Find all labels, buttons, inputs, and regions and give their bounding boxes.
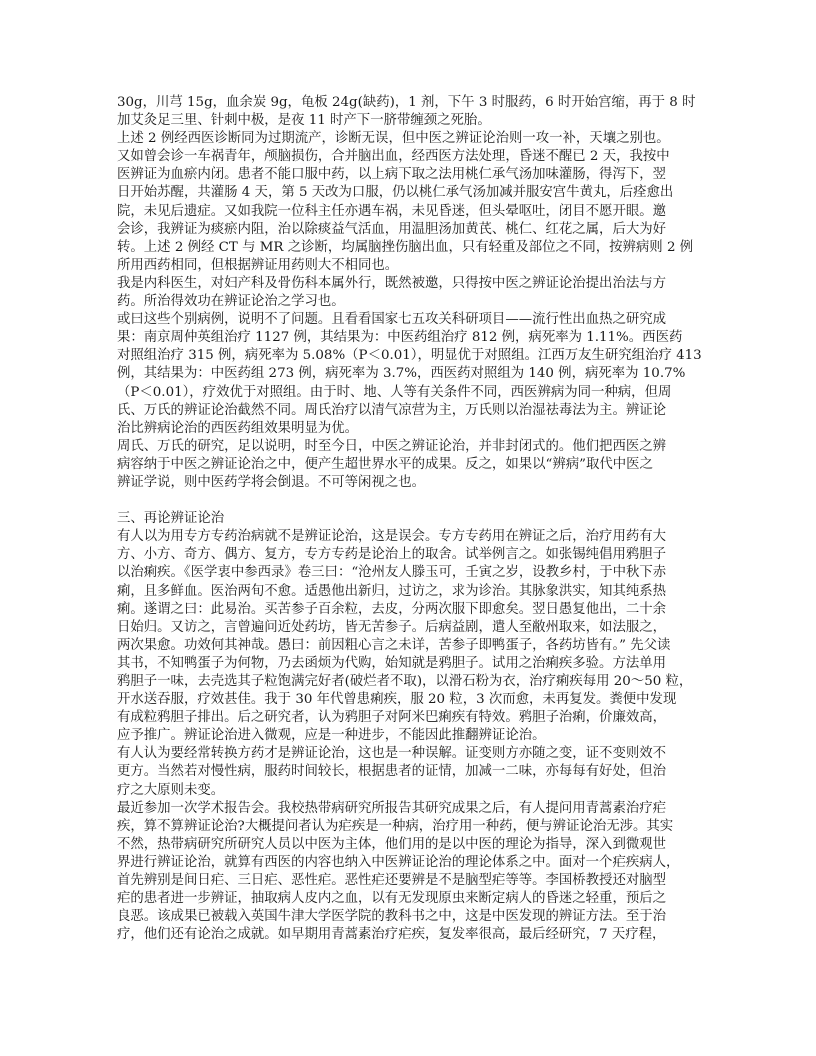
text-line: 开水送吞服，疗效甚佳。我于 30 年代曾患痢疾，服 20 粒，3 次而愈，未再复… bbox=[117, 691, 707, 709]
text-line: 疗之大原则未变。 bbox=[117, 782, 707, 800]
text-line: 病容纳于中医之辨证论治之中，便产生超世界水平的成果。反之，如果以“辨病”取代中医… bbox=[117, 456, 707, 474]
text-line: 疾，算不算辨证论治?大概提问者认为疟疾是一种病，治疗用一种药，便与辨证论治无涉。… bbox=[117, 818, 707, 836]
text-line: 以治痢疾。《医学衷中参西录》卷三曰：“沧州友人滕玉可，壬寅之岁，设教乡村，于中秋… bbox=[117, 564, 707, 582]
text-line: 界进行辨证论治，就算有西医的内容也纳入中医辨证论治的理论体系之中。面对一个疟疾病… bbox=[117, 854, 707, 872]
body-text-after-heading: 有人以为用专方专药治病就不是辨证论治，这是误会。专方专药用在辨证之后，治疗用药有… bbox=[117, 528, 707, 944]
text-line: （P＜0.01），疗效优于对照组。由于时、地、人等有关条件不同，西医辨病为同一种… bbox=[117, 384, 707, 402]
paragraph: 有人以为用专方专药治病就不是辨证论治，这是误会。专方专药用在辨证之后，治疗用药有… bbox=[117, 528, 707, 745]
text-line: 两次果愈。功效何其神哉。愚曰：前因粗心言之未详，苦参子即鸭蛋子，各药坊皆有。” … bbox=[117, 637, 707, 655]
paragraph: 或曰这些个别病例，说明不了问题。且看看国家七五攻关科研项目——流行性出血热之研究… bbox=[117, 311, 707, 438]
text-line: 有人认为要经常转换方药才是辨证论治，这也是一种误解。证变则方亦随之变，证不变则效… bbox=[117, 745, 707, 763]
paragraph: 30g，川芎 15g，血余炭 9g，龟板 24g(缺药)，1 剂，下午 3 时服… bbox=[117, 94, 707, 130]
text-line: 鸦胆子一味，去壳选其子粒饱满完好者(破烂者不取)，以滑石粉为衣，治疗痢疾每用 2… bbox=[117, 673, 707, 691]
text-line: 有人以为用专方专药治病就不是辨证论治，这是误会。专方专药用在辨证之后，治疗用药有… bbox=[117, 528, 707, 546]
text-line: 对照组治疗 315 例，病死率为 5.08%（P＜0.01），明显优于对照组。江… bbox=[117, 347, 707, 365]
text-line: 又如曾会诊一车祸青年，颅脑损伤，合并脑出血，经西医方法处理，昏迷不醒已 2 天，… bbox=[117, 148, 707, 166]
text-line: 痢，且多鲜血。医治两旬不愈。适愚他出新归，过访之，求为诊治。其脉象洪实，知其纯系… bbox=[117, 583, 707, 601]
text-line: 上述 2 例经西医诊断同为过期流产，诊断无误，但中医之辨证论治则一攻一补，天壤之… bbox=[117, 130, 707, 148]
text-line: 痢。遂谓之曰：此易治。买苦参子百余粒，去皮，分两次服下即愈矣。翌日愚复他出，二十… bbox=[117, 601, 707, 619]
text-line: 转。上述 2 例经 CT 与 MR 之诊断，均属脑挫伤脑出血，只有轻重及部位之不… bbox=[117, 239, 707, 257]
text-line: 我是内科医生，对妇产科及骨伤科本属外行，既然被邀，只得按中医之辨证论治提出治法与… bbox=[117, 275, 707, 293]
text-line: 周氏、万氏的研究，足以说明，时至今日，中医之辨证论治，并非封闭式的。他们把西医之… bbox=[117, 438, 707, 456]
text-line: 辨证学说，则中医药学将会倒退。不可等闲视之也。 bbox=[117, 474, 707, 492]
paragraph: 又如曾会诊一车祸青年，颅脑损伤，合并脑出血，经西医方法处理，昏迷不醒已 2 天，… bbox=[117, 148, 707, 275]
body-text-before-heading: 30g，川芎 15g，血余炭 9g，龟板 24g(缺药)，1 剂，下午 3 时服… bbox=[117, 94, 707, 492]
text-line: 医辨证为血瘀内闭。患者不能口服中药，以上病下取之法用桃仁承气汤加味灌肠，得泻下，… bbox=[117, 166, 707, 184]
blank-line bbox=[117, 492, 707, 510]
text-line: 应予推广。辨证论治进入微观，应是一种进步，不能因此推翻辨证论治。 bbox=[117, 727, 707, 745]
text-line: 加艾灸足三里、针刺中极，是夜 11 时产下一脐带缠颈之死胎。 bbox=[117, 112, 707, 130]
text-line: 日始归。又访之，言曾遍问近处药坊，皆无苦参子。后病益剧，遣人至敝州取来，如法服之… bbox=[117, 619, 707, 637]
text-line: 首先辨别是间日疟、三日疟、恶性疟。恶性疟还要辨是不是脑型疟等等。李国桥教授还对脑… bbox=[117, 872, 707, 890]
text-line: 会诊，我辨证为痰瘀内阻，治以除痰益气活血，用温胆汤加黄芪、桃仁、红花之属，后大为… bbox=[117, 221, 707, 239]
text-line: 例，其结果为：中医药组 273 例，病死率为 3.7%，西医药对照组为 140 … bbox=[117, 365, 707, 383]
text-line: 最近参加一次学术报告会。我校热带病研究所报告其研究成果之后，有人提问用青蒿素治疗… bbox=[117, 800, 707, 818]
text-line: 更方。当然若对慢性病，服药时间较长，根据患者的证情，加减一二味，亦每每有好处，但… bbox=[117, 763, 707, 781]
document-page: 30g，川芎 15g，血余炭 9g，龟板 24g(缺药)，1 剂，下午 3 时服… bbox=[117, 94, 707, 944]
text-line: 药。所治得效功在辨证论治之学习也。 bbox=[117, 293, 707, 311]
text-line: 日开始苏醒，共灌肠 4 天，第 5 天改为口服，仍以桃仁承气汤加减并服安宫牛黄丸… bbox=[117, 184, 707, 202]
text-line: 疗，他们还有论治之成就。如早期用青蒿素治疗疟疾，复发率很高，最后经研究，7 天疗… bbox=[117, 926, 707, 944]
text-line: 方、小方、奇方、偶方、复方，专方专药是论治上的取舍。试举例言之。如张锡纯倡用鸦胆… bbox=[117, 546, 707, 564]
text-line: 果：南京周仲英组治疗 1127 例，其结果为：中医药组治疗 812 例，病死率为… bbox=[117, 329, 707, 347]
text-line: 其书，不知鸭蛋子为何物，乃去函烦为代购，始知就是鸦胆子。试用之治痢疾多验。方法单… bbox=[117, 655, 707, 673]
text-line: 院，未见后遗症。又如我院一位科主任亦遇车祸，未见昏迷，但头晕呕吐，闭目不愿开眼。… bbox=[117, 203, 707, 221]
text-line: 治比辨病论治的西医药组效果明显为优。 bbox=[117, 420, 707, 438]
paragraph: 周氏、万氏的研究，足以说明，时至今日，中医之辨证论治，并非封闭式的。他们把西医之… bbox=[117, 438, 707, 492]
text-line: 氏、万氏的辨证论治截然不同。周氏治疗以清气凉营为主，万氏则以治湿祛毒法为主。辨证… bbox=[117, 402, 707, 420]
text-line: 所用西药相同，但根据辨证用药则大不相同也。 bbox=[117, 257, 707, 275]
paragraph: 有人认为要经常转换方药才是辨证论治，这也是一种误解。证变则方亦随之变，证不变则效… bbox=[117, 745, 707, 799]
paragraph: 上述 2 例经西医诊断同为过期流产，诊断无误，但中医之辨证论治则一攻一补，天壤之… bbox=[117, 130, 707, 148]
paragraph: 最近参加一次学术报告会。我校热带病研究所报告其研究成果之后，有人提问用青蒿素治疗… bbox=[117, 800, 707, 945]
paragraph: 我是内科医生，对妇产科及骨伤科本属外行，既然被邀，只得按中医之辨证论治提出治法与… bbox=[117, 275, 707, 311]
text-line: 30g，川芎 15g，血余炭 9g，龟板 24g(缺药)，1 剂，下午 3 时服… bbox=[117, 94, 707, 112]
text-line: 有成粒鸦胆子排出。后之研究者，认为鸦胆子对阿米巴痢疾有特效。鸦胆子治痢，价廉效高… bbox=[117, 709, 707, 727]
text-line: 良恶。该成果已被载入英国牛津大学医学院的教科书之中，这是中医发现的辨证方法。至于… bbox=[117, 908, 707, 926]
text-line: 疟的患者进一步辨证，抽取病人皮内之血，以有无发现原虫来断定病人的昏迷之轻重，预后… bbox=[117, 890, 707, 908]
text-line: 或曰这些个别病例，说明不了问题。且看看国家七五攻关科研项目——流行性出血热之研究… bbox=[117, 311, 707, 329]
text-line: 不然，热带病研究所研究人员以中医为主体，他们用的是以中医的理论为指导，深入到微观… bbox=[117, 836, 707, 854]
section-heading: 三、再论辨证论治 bbox=[117, 510, 707, 528]
